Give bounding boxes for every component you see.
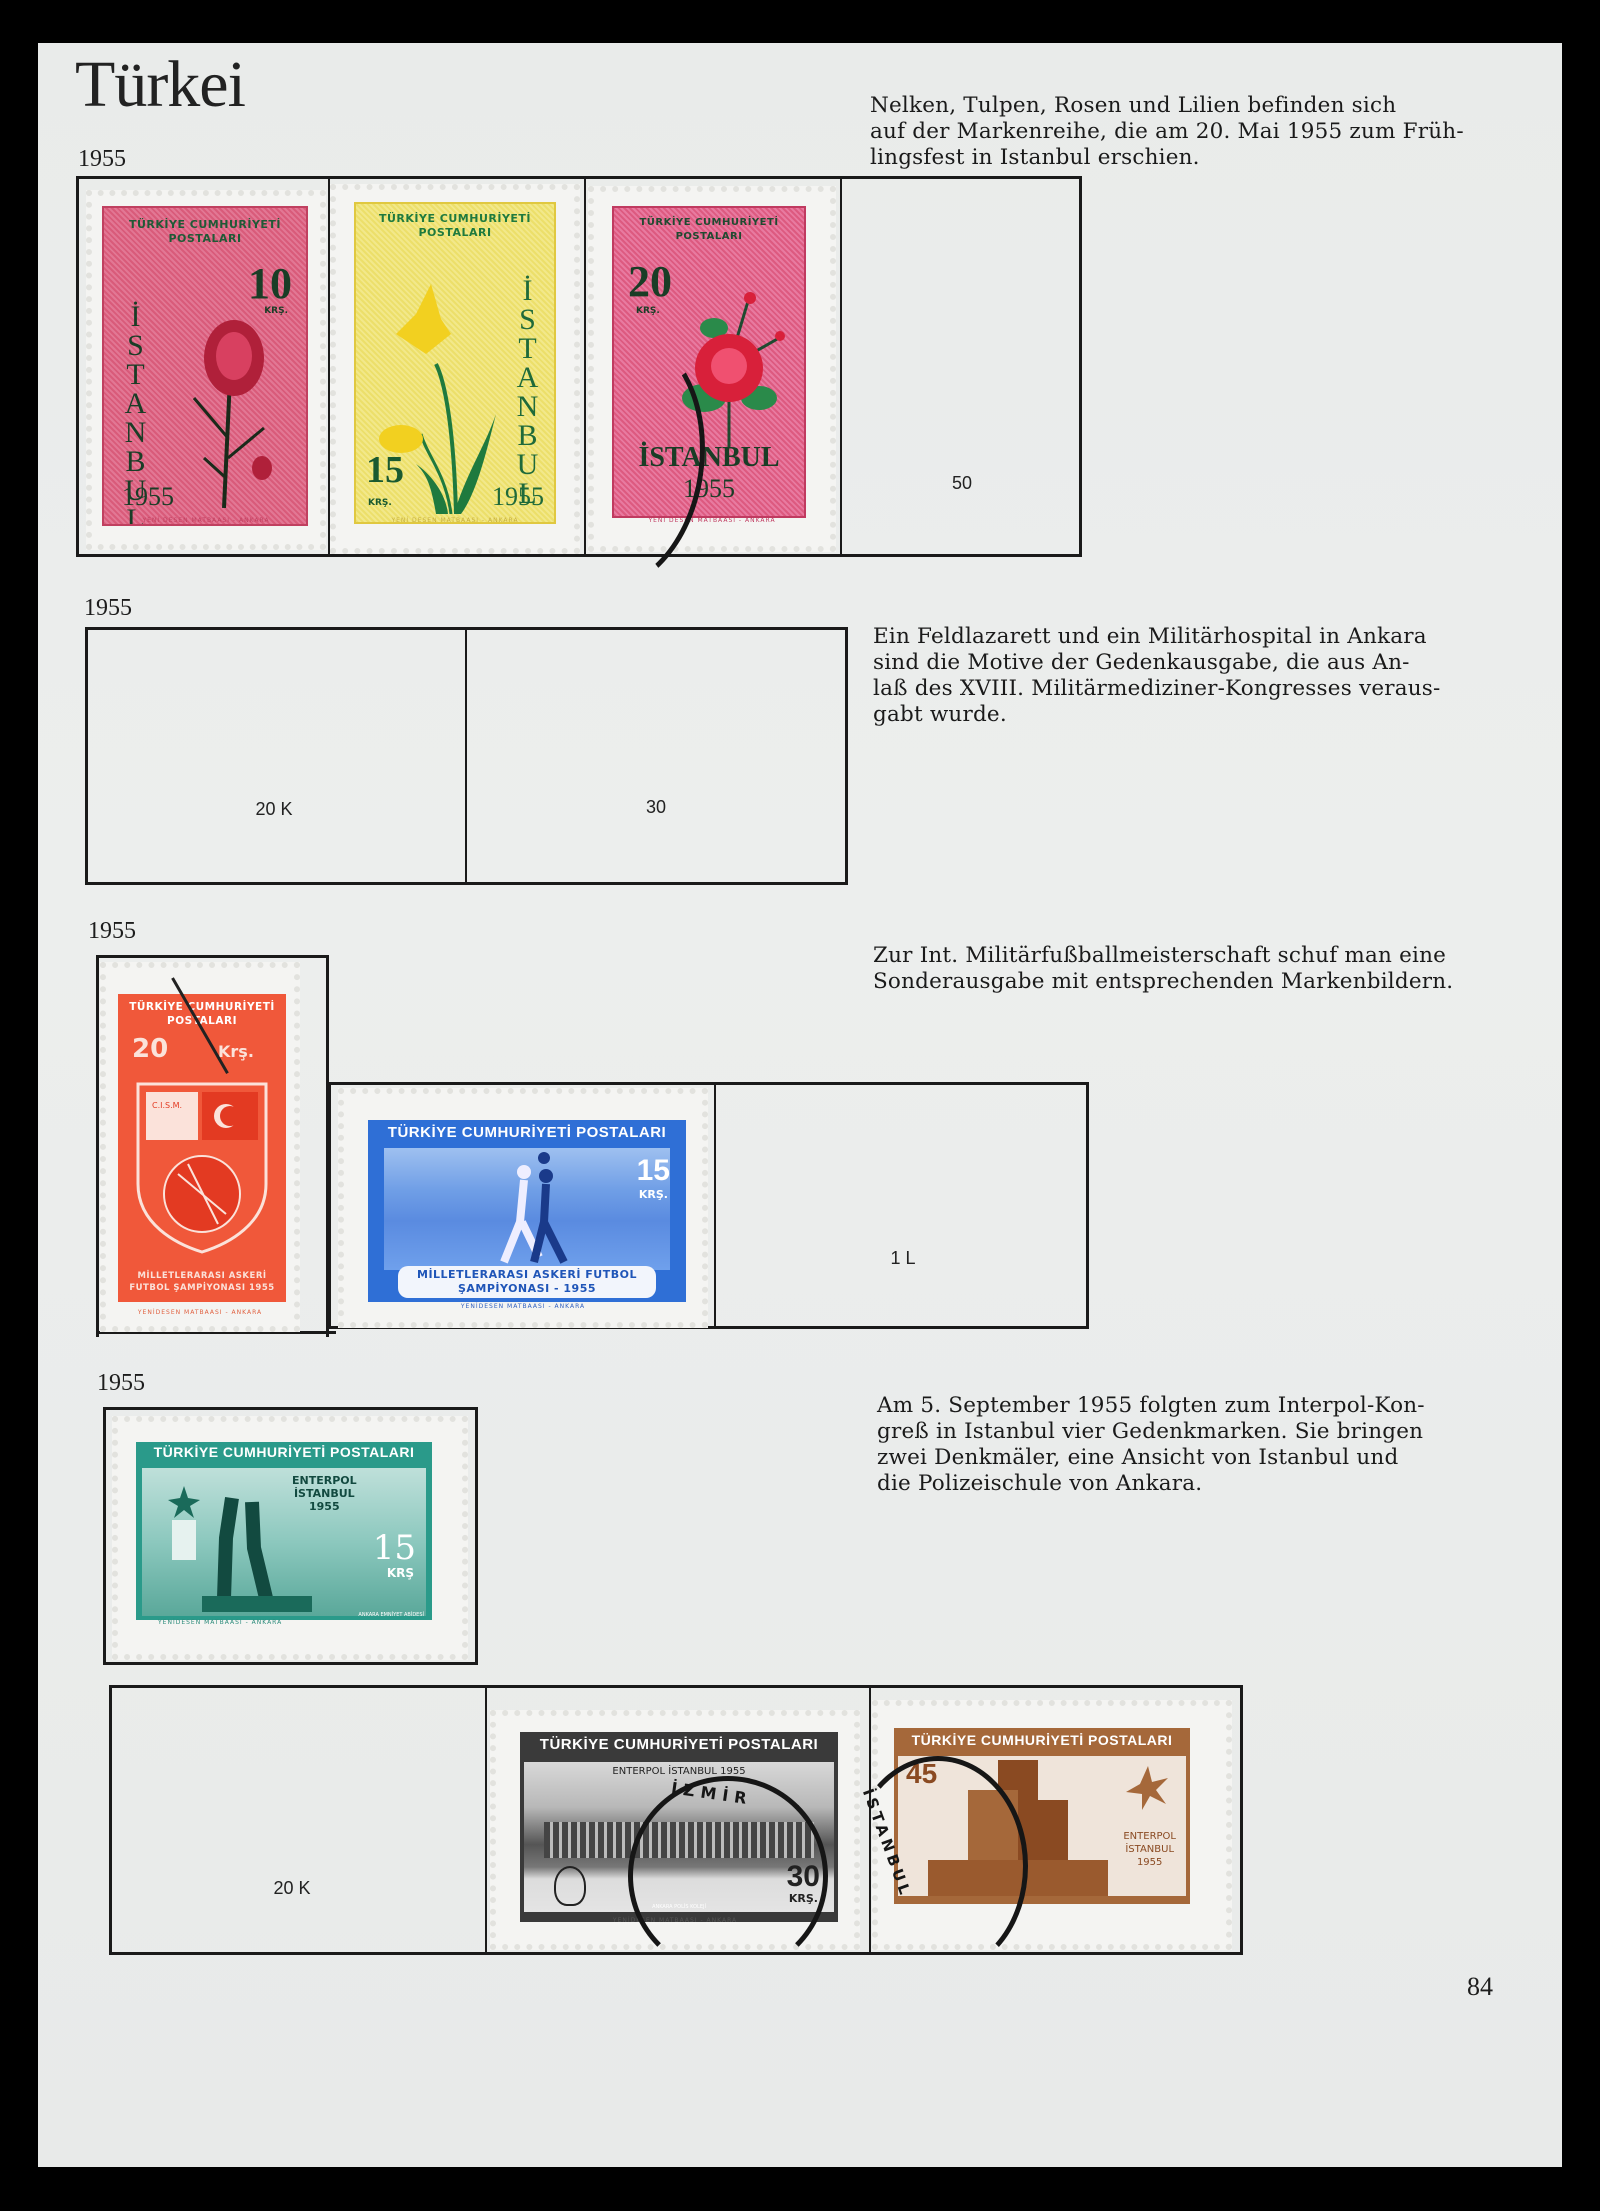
stadium-scene	[384, 1148, 670, 1270]
description-line: gabt wurde.	[873, 702, 1501, 728]
page-number: 84	[1467, 1972, 1493, 2002]
section-description: Nelken, Tulpen, Rosen und Lilien befinde…	[870, 93, 1506, 171]
stamp-inscription: ANKARA EMNİYET ABİDESİ	[358, 1612, 424, 1618]
stamp-football-players[interactable]: TÜRKİYE CUMHURİYETİ POSTALARI 15 KRŞ. Mİ…	[338, 1088, 708, 1328]
stamp-slot-empty[interactable]	[112, 1688, 485, 1952]
description-line: die Polizeischule von Ankara.	[877, 1471, 1501, 1497]
description-line: Ein Feldlazarett und ein Militärhospital…	[873, 624, 1501, 650]
stamp-image: TÜRKİYE CUMHURİYETİ POSTALARI 20 Krş. C.…	[118, 994, 286, 1302]
stamp-overprint: ENTERPOL İSTANBUL 1955	[292, 1474, 357, 1513]
description-line: Nelken, Tulpen, Rosen und Lilien befinde…	[870, 93, 1506, 119]
slot-denomination: 20 K	[255, 799, 292, 820]
description-line: zwei Denkmäler, eine Ansicht von Istanbu…	[877, 1445, 1501, 1471]
stamp-image: TÜRKİYE CUMHURİYETİ POSTALARI 15 KRŞ. Mİ…	[368, 1120, 686, 1302]
slot-denomination: 1 L	[890, 1248, 915, 1269]
stamp-police-college[interactable]: TÜRKİYE CUMHURİYETİ POSTALARI ENTERPOL İ…	[490, 1710, 860, 1950]
stamp-value: 15	[373, 1528, 416, 1568]
stamp-printer: YENİ DESEN MATBAASI - ANKARA	[92, 517, 320, 524]
stamp-image: TÜRKİYE CUMHURİYETİ POSTALARI 10 KRŞ. İS…	[102, 206, 308, 526]
stamp-header: TÜRKİYE CUMHURİYETİ POSTALARI	[356, 212, 554, 240]
stamp-image: TÜRKİYE CUMHURİYETİ POSTALARI ENTERPOL İ…	[136, 1442, 432, 1620]
stamp-header: TÜRKİYE CUMHURİYETİ POSTALARI	[894, 1732, 1190, 1748]
tulip-icon	[376, 274, 506, 514]
stamp-slot-empty[interactable]	[840, 179, 1082, 554]
stamp-currency: KRŞ.	[264, 306, 288, 316]
stamp-value: 10	[248, 258, 292, 309]
stamp-value: 20	[132, 1034, 168, 1064]
description-line: Sonderausgabe mit entsprechenden Markenb…	[873, 969, 1501, 995]
stamp-overprint: ENTERPOL İSTANBUL 1955	[1123, 1830, 1176, 1869]
description-line: lingsfest in Istanbul erschien.	[870, 145, 1506, 171]
stamp-currency: KRŞ.	[639, 1188, 668, 1201]
football-shield-icon: C.I.S.M.	[128, 1074, 276, 1254]
stamp-caption: MİLLETLERARASI ASKERİ FUTBOL ŞAMPİYONASI…	[398, 1266, 656, 1298]
section-year: 1955	[88, 918, 136, 945]
section-year: 1955	[84, 595, 132, 622]
description-line: greß in Istanbul vier Gedenkmarken. Sie …	[877, 1419, 1501, 1445]
svg-text:C.I.S.M.: C.I.S.M.	[152, 1101, 182, 1110]
stamp-cism-football[interactable]: TÜRKİYE CUMHURİYETİ POSTALARI 20 Krş. C.…	[100, 962, 300, 1332]
stamp-printer: YENİDESEN MATBAASI - ANKARA	[106, 1309, 294, 1316]
football-players-icon	[484, 1152, 584, 1270]
stamp-value: 15	[637, 1154, 670, 1188]
page-title: Türkei	[75, 52, 245, 118]
description-line: laß des XVIII. Militärmediziner-Kongress…	[873, 676, 1501, 702]
section-description: Ein Feldlazarett und ein Militärhospital…	[873, 624, 1501, 728]
stamp-interpol-monument-brown[interactable]: TÜRKİYE CUMHURİYETİ POSTALARI ENTERPOL İ…	[872, 1700, 1232, 1950]
stamp-printer: YENİDESEN MATBAASI - ANKARA	[158, 1619, 462, 1626]
stamp-slot-empty[interactable]	[88, 630, 465, 882]
stamp-caption: MİLLETLERARASI ASKERİ FUTBOL ŞAMPİYONASI…	[118, 1270, 286, 1294]
carnation-icon	[174, 318, 284, 508]
description-line: sind die Motive der Gedenkausgabe, die a…	[873, 650, 1501, 676]
monument-statue-icon	[162, 1478, 312, 1613]
postmark-cancel	[628, 1776, 828, 1976]
section-year: 1955	[78, 146, 126, 173]
stamp-printer: YENİDESEN MATBAASI - ANKARA	[344, 1303, 702, 1310]
stamp-overprint: ENTERPOL İSTANBUL 1955	[524, 1766, 834, 1777]
stamp-mount-row	[85, 627, 848, 885]
stamp-interpol-monument[interactable]: TÜRKİYE CUMHURİYETİ POSTALARI ENTERPOL İ…	[112, 1416, 468, 1660]
description-line: Am 5. September 1955 folgten zum Interpo…	[877, 1393, 1501, 1419]
stamp-header: TÜRKİYE CUMHURİYETİ POSTALARI	[520, 1736, 838, 1753]
stamp-currency: Krş.	[218, 1042, 254, 1061]
section-year: 1955	[97, 1370, 145, 1397]
description-line: auf der Markenreihe, die am 20. Mai 1955…	[870, 119, 1506, 145]
stamp-slot-empty[interactable]	[465, 630, 848, 882]
stamp-slot-empty[interactable]	[714, 1085, 1088, 1326]
stamp-header: TÜRKİYE CUMHURİYETİ POSTALARI	[104, 218, 306, 246]
stamp-header: TÜRKİYE CUMHURİYETİ POSTALARI	[368, 1124, 686, 1141]
stamp-year: 1955	[122, 482, 174, 512]
stamp-currency: KRŞ.	[636, 306, 660, 316]
slot-denomination: 50	[952, 473, 972, 494]
section-description: Zur Int. Militärfußballmeisterschaft sch…	[873, 943, 1501, 995]
slot-denomination: 30	[646, 797, 666, 818]
police-emblem-icon	[554, 1866, 586, 1906]
stamp-carnation[interactable]: TÜRKİYE CUMHURİYETİ POSTALARI 10 KRŞ. İS…	[86, 190, 326, 550]
stamp-header: TÜRKİYE CUMHURİYETİ POSTALARI	[118, 1000, 286, 1028]
star-emblem-icon	[1126, 1766, 1170, 1810]
stamp-rose[interactable]: TÜRKİYE CUMHURİYETİ POSTALARI 20 KRŞ. İS…	[588, 186, 836, 552]
description-line: Zur Int. Militärfußballmeisterschaft sch…	[873, 943, 1501, 969]
slot-denomination: 20 K	[273, 1878, 310, 1899]
stamp-currency: KRŞ	[387, 1566, 414, 1580]
stamp-header: TÜRKİYE CUMHURİYETİ POSTALARI	[136, 1444, 432, 1460]
stamp-header: TÜRKİYE CUMHURİYETİ POSTALARI	[614, 216, 804, 244]
section-description: Am 5. September 1955 folgten zum Interpo…	[877, 1393, 1501, 1497]
